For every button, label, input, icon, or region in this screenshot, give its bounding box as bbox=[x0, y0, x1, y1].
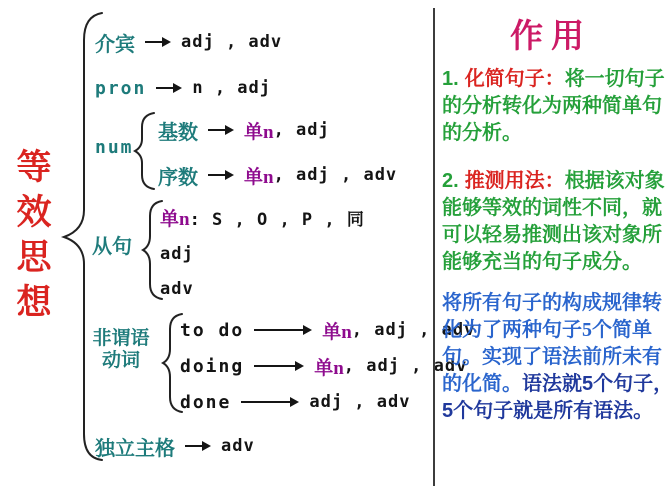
num-group-label: num bbox=[95, 137, 134, 159]
vertical-title-char: 等 bbox=[13, 150, 55, 186]
row-pron: pron n , adj bbox=[95, 76, 271, 100]
node-label: 基数 bbox=[158, 116, 198, 145]
node-label: 独立主格 bbox=[95, 432, 175, 461]
nonfinite-group-label: 非谓语 动词 bbox=[88, 328, 154, 372]
row-prep-object: 介宾 adj , adv bbox=[95, 30, 282, 54]
nonfinite-label-line2: 动词 bbox=[88, 350, 154, 372]
dan-n: 单n bbox=[160, 204, 190, 231]
row-todo: to do 单n , adj , adv bbox=[180, 318, 475, 342]
node-result: adv bbox=[221, 436, 255, 456]
node-result: adv bbox=[160, 279, 194, 299]
node-label: 介宾 bbox=[95, 28, 135, 57]
row-clause-adv: adv bbox=[160, 277, 194, 301]
clause-group-label: 从句 bbox=[92, 236, 132, 258]
node-label: to do bbox=[180, 320, 244, 341]
row-clause-adj: adj bbox=[160, 242, 194, 266]
node-label: 序数 bbox=[158, 161, 198, 190]
row-ordinal: 序数 单n , adj , adv bbox=[158, 163, 397, 187]
node-label: done bbox=[180, 392, 231, 413]
arrow-icon bbox=[208, 129, 232, 131]
node-result: adj bbox=[160, 244, 194, 264]
row-done: done adj , adv bbox=[180, 390, 410, 414]
vertical-title-char: 效 bbox=[13, 195, 55, 231]
row-cardinal: 基数 单n , adj bbox=[158, 118, 330, 142]
node-result: , adj , adv bbox=[274, 165, 398, 185]
vertical-title-char: 想 bbox=[13, 285, 55, 321]
para2-number: 2. bbox=[442, 170, 459, 192]
row-absolute-construction: 独立主格 adv bbox=[95, 434, 255, 458]
row-clause-noun: 单n : S , O , P , 同 bbox=[160, 205, 365, 229]
dan-n: 单n bbox=[314, 353, 344, 380]
dan-n: 单n bbox=[244, 117, 274, 144]
arrow-icon bbox=[241, 401, 297, 403]
para1-number: 1. bbox=[442, 68, 459, 90]
node-label: pron bbox=[95, 78, 146, 99]
dan-n: 单n bbox=[244, 162, 274, 189]
paragraph-infer-usage: 2.推测用法：根据该对象能够等效的词性不同，就可以轻易推测出该对象所能够充当的句… bbox=[442, 168, 670, 276]
arrow-icon bbox=[145, 41, 169, 43]
vertical-divider bbox=[433, 8, 435, 486]
vertical-title-char: 思 bbox=[13, 240, 55, 276]
arrow-icon bbox=[254, 365, 302, 367]
para1-heading: 化简句子： bbox=[465, 68, 565, 90]
nonfinite-label-line1: 非谓语 bbox=[88, 328, 154, 350]
node-result: : S , O , P , 同 bbox=[190, 205, 365, 230]
arrow-icon bbox=[254, 329, 310, 331]
vertical-title: 等 效 思 想 bbox=[13, 150, 55, 321]
arrow-icon bbox=[156, 87, 180, 89]
paragraph-summary: 将所有句子的构成规律转化为了两种句子5个简单句。实现了语法前所未有的化简。语法就… bbox=[442, 290, 670, 425]
para2-heading: 推测用法： bbox=[465, 170, 565, 192]
arrow-icon bbox=[208, 174, 232, 176]
num-brace bbox=[132, 110, 158, 192]
node-result: adj , adv bbox=[309, 392, 410, 412]
paragraph-simplify: 1.化简句子：将一切句子的分析转化为两种简单句的分析。 bbox=[442, 66, 670, 147]
node-result: adj , adv bbox=[181, 32, 282, 52]
row-doing: doing 单n , adj , adv bbox=[180, 354, 467, 378]
right-title: 作用 bbox=[510, 10, 592, 57]
node-result: , adj bbox=[274, 120, 330, 140]
node-label: doing bbox=[180, 356, 244, 377]
dan-n: 单n bbox=[322, 317, 352, 344]
arrow-icon bbox=[185, 445, 209, 447]
node-result: n , adj bbox=[192, 78, 271, 98]
slide-canvas: 等 效 思 想 介宾 adj , adv pron n , adj num 基数… bbox=[0, 0, 670, 502]
